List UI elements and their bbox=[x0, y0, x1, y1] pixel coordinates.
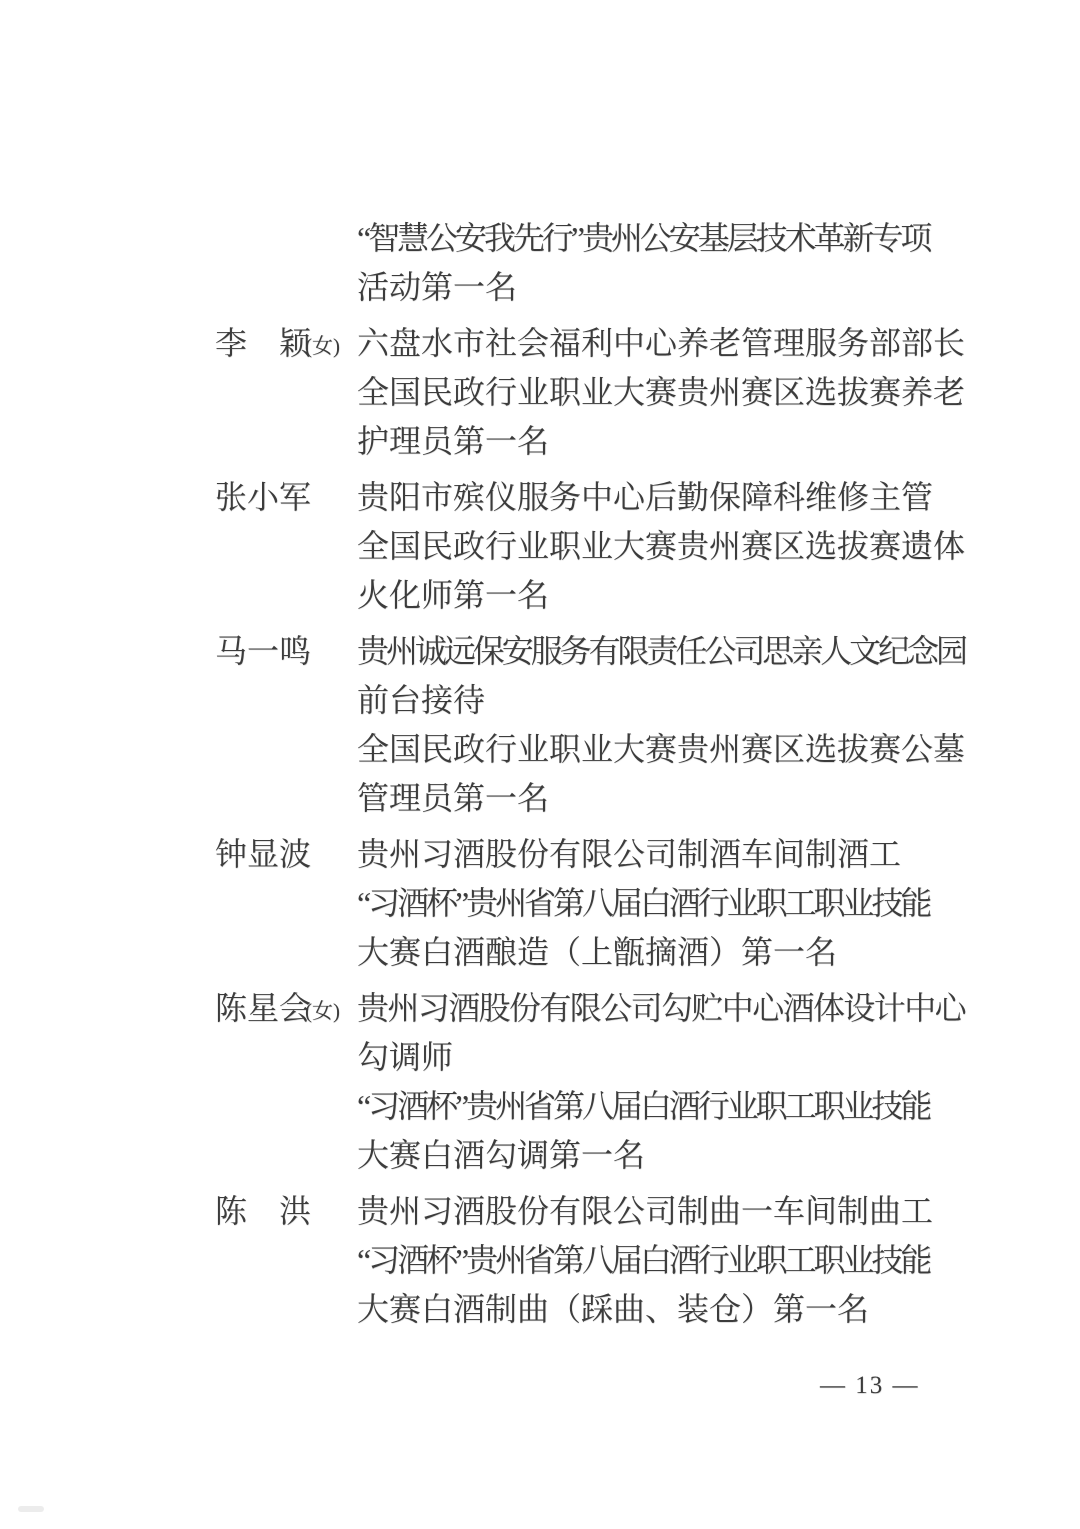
entry-name: 张小军 bbox=[215, 473, 357, 522]
text-line: 六盘水市社会福利中心养老管理服务部部长 bbox=[357, 319, 965, 368]
entry-name: 钟显波 bbox=[215, 830, 357, 879]
female-marker: (女) bbox=[305, 987, 340, 1036]
entry-description: 贵阳市殡仪服务中心后勤保障科维修主管全国民政行业职业大赛贵州赛区选拔赛遗体火化师… bbox=[357, 473, 965, 620]
text-line: 贵州诚远保安服务有限责任公司思亲人文纪念园 bbox=[357, 627, 965, 676]
entry-name-text: 马一鸣 bbox=[215, 627, 311, 676]
text-line: 全国民政行业职业大赛贵州赛区选拔赛公墓 bbox=[357, 725, 965, 774]
entry-row: 钟显波贵州习酒股份有限公司制酒车间制酒工“习酒杯”贵州省第八届白酒行业职工职业技… bbox=[215, 830, 965, 977]
entry-description: 六盘水市社会福利中心养老管理服务部部长全国民政行业职业大赛贵州赛区选拔赛养老护理… bbox=[357, 319, 965, 466]
entry-name-text: 钟显波 bbox=[215, 830, 311, 879]
text-line: 大赛白酒酿造（上甑摘酒）第一名 bbox=[357, 928, 965, 977]
entry-name-text: 陈洪 bbox=[215, 1187, 311, 1236]
text-line: 大赛白酒勾调第一名 bbox=[357, 1131, 965, 1180]
text-line: “习酒杯”贵州省第八届白酒行业职工职业技能 bbox=[357, 879, 965, 928]
entry-name: 陈洪 bbox=[215, 1187, 357, 1236]
text-line: “智慧公安我先行”贵州公安基层技术革新专项 bbox=[357, 214, 965, 263]
text-line: 大赛白酒制曲（踩曲、装仓）第一名 bbox=[357, 1285, 965, 1334]
entry-description: “智慧公安我先行”贵州公安基层技术革新专项活动第一名 bbox=[357, 214, 965, 312]
text-line: 勾调师 bbox=[357, 1033, 965, 1082]
page-number: — 13 — bbox=[820, 1372, 920, 1400]
entry-name: 马一鸣 bbox=[215, 627, 357, 676]
text-line: 活动第一名 bbox=[357, 263, 965, 312]
entry-row: 张小军贵阳市殡仪服务中心后勤保障科维修主管全国民政行业职业大赛贵州赛区选拔赛遗体… bbox=[215, 473, 965, 620]
text-line: “习酒杯”贵州省第八届白酒行业职工职业技能 bbox=[357, 1082, 965, 1131]
entry-row: “智慧公安我先行”贵州公安基层技术革新专项活动第一名 bbox=[215, 214, 965, 312]
entry-description: 贵州习酒股份有限公司制酒车间制酒工“习酒杯”贵州省第八届白酒行业职工职业技能大赛… bbox=[357, 830, 965, 977]
scan-smudge-artifact bbox=[18, 1506, 44, 1512]
entry-row: 李颖(女)六盘水市社会福利中心养老管理服务部部长全国民政行业职业大赛贵州赛区选拔… bbox=[215, 319, 965, 466]
text-line: 贵州习酒股份有限公司勾贮中心酒体设计中心 bbox=[357, 984, 965, 1033]
text-line: 贵州习酒股份有限公司制酒车间制酒工 bbox=[357, 830, 965, 879]
entry-description: 贵州习酒股份有限公司勾贮中心酒体设计中心勾调师“习酒杯”贵州省第八届白酒行业职工… bbox=[357, 984, 965, 1180]
text-line: 贵州习酒股份有限公司制曲一车间制曲工 bbox=[357, 1187, 965, 1236]
entry-name-text: 李颖 bbox=[215, 319, 311, 368]
entry-row: 陈星会(女)贵州习酒股份有限公司勾贮中心酒体设计中心勾调师“习酒杯”贵州省第八届… bbox=[215, 984, 965, 1180]
entry-description: 贵州诚远保安服务有限责任公司思亲人文纪念园前台接待全国民政行业职业大赛贵州赛区选… bbox=[357, 627, 965, 823]
text-line: “习酒杯”贵州省第八届白酒行业职工职业技能 bbox=[357, 1236, 965, 1285]
text-line: 火化师第一名 bbox=[357, 571, 965, 620]
female-marker: (女) bbox=[305, 322, 340, 371]
entry-name: 陈星会(女) bbox=[215, 984, 357, 1033]
entry-row: 陈洪贵州习酒股份有限公司制曲一车间制曲工“习酒杯”贵州省第八届白酒行业职工职业技… bbox=[215, 1187, 965, 1334]
text-line: 贵阳市殡仪服务中心后勤保障科维修主管 bbox=[357, 473, 965, 522]
text-line: 全国民政行业职业大赛贵州赛区选拔赛养老 bbox=[357, 368, 965, 417]
text-line: 全国民政行业职业大赛贵州赛区选拔赛遗体 bbox=[357, 522, 965, 571]
text-line: 管理员第一名 bbox=[357, 774, 965, 823]
entry-description: 贵州习酒股份有限公司制曲一车间制曲工“习酒杯”贵州省第八届白酒行业职工职业技能大… bbox=[357, 1187, 965, 1334]
text-line: 护理员第一名 bbox=[357, 417, 965, 466]
entry-name-text: 陈星会 bbox=[215, 984, 311, 1033]
scanned-document-page: “智慧公安我先行”贵州公安基层技术革新专项活动第一名李颖(女)六盘水市社会福利中… bbox=[0, 0, 1080, 1529]
entry-name-text: 张小军 bbox=[215, 473, 311, 522]
entry-name: 李颖(女) bbox=[215, 319, 357, 368]
text-line: 前台接待 bbox=[357, 676, 965, 725]
entry-list: “智慧公安我先行”贵州公安基层技术革新专项活动第一名李颖(女)六盘水市社会福利中… bbox=[215, 214, 965, 1341]
entry-row: 马一鸣贵州诚远保安服务有限责任公司思亲人文纪念园前台接待全国民政行业职业大赛贵州… bbox=[215, 627, 965, 823]
